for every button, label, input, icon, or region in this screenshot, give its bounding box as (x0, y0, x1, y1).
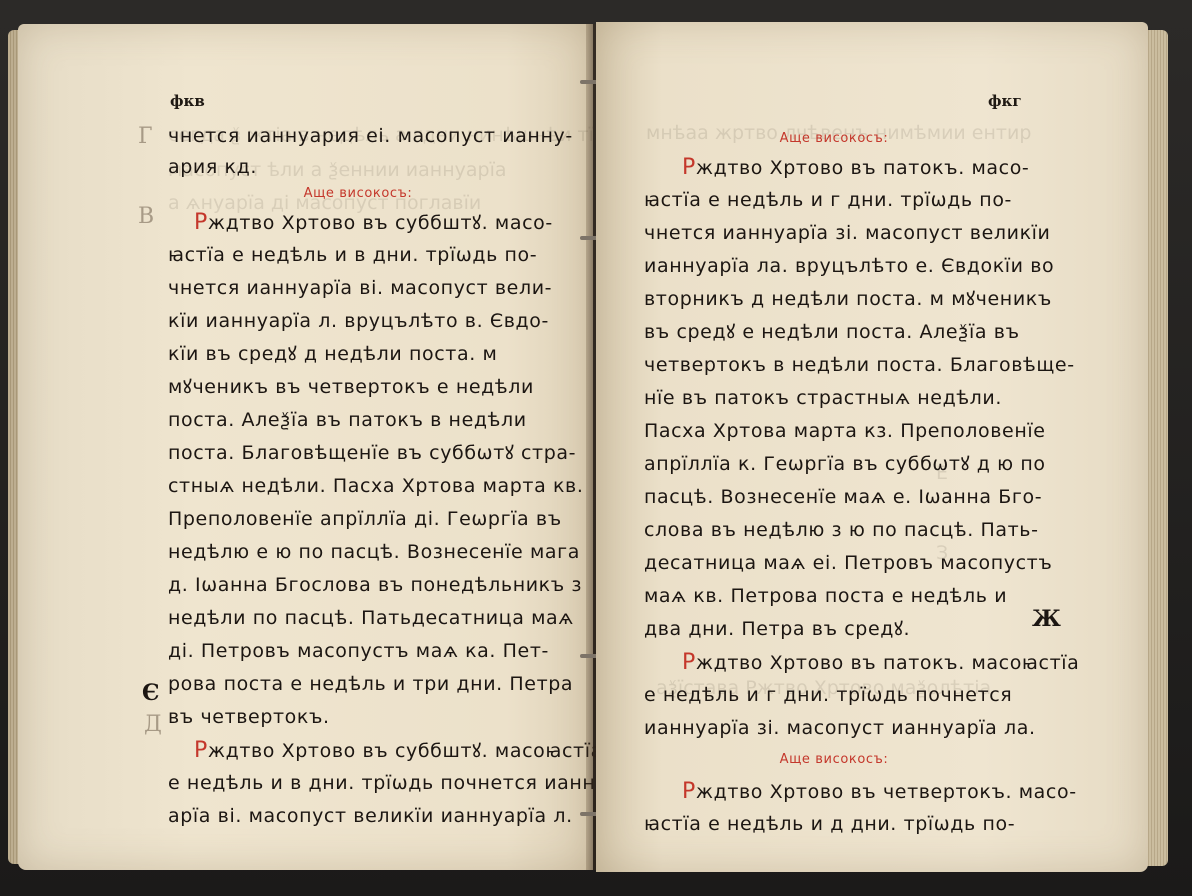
text-line: е недѣль и в дни. трїѡдь почнется ианну- (168, 767, 548, 800)
page-number: фкг (988, 92, 1022, 110)
rubric-heading: Аще високосъ: (168, 181, 548, 206)
text-line: Рждтво Хртово въ четвертокъ. масо- (644, 775, 1024, 808)
red-initial: Р (682, 650, 696, 675)
text-line: нїе въ патокъ страстныѧ недѣли. (644, 382, 1024, 415)
margin-letter: Д (144, 712, 162, 737)
text-line: рова поста е недѣль и три дни. Петра (168, 668, 548, 701)
red-initial: Р (194, 738, 208, 763)
text-line: Пасха Хртова марта кз. Преполовенїе (644, 415, 1024, 448)
text-line: стныѧ недѣли. Пасха Хртова марта кв. (168, 470, 548, 503)
red-initial: Р (682, 155, 696, 180)
text-line: недѣли по пасцѣ. Патьдесатница маѧ (168, 602, 548, 635)
text-line: слова въ недѣлю з ю по пасцѣ. Пать- (644, 514, 1024, 547)
text-line: Преполовенїе апрїллїа ді. Геѡргїа въ (168, 503, 548, 536)
text-line: кїи ианнуарїа л. вруцълѣто в. Євдо- (168, 305, 548, 338)
text-line: ꙗстїа е недѣль и г дни. трїѡдь по- (644, 184, 1024, 217)
text-line: ꙗстїа е недѣль и д дни. трїѡдь по- (644, 808, 1024, 841)
text-line: десатница маѧ еі. Петровъ масопустъ (644, 547, 1024, 580)
margin-letter: Є (142, 680, 160, 706)
text-line: два дни. Петра въ средꙋ. (644, 613, 1024, 646)
text-line: чнется ианнуарїа ві. масопуст вели- (168, 272, 548, 305)
text-line: ꙗстїа е недѣль и в дни. трїѡдь по- (168, 239, 548, 272)
text-line: пасцѣ. Вознесенїе маѧ е. Іѡанна Бго- (644, 481, 1024, 514)
text-line: поста. Алеѯїа въ патокъ в недѣли (168, 404, 548, 437)
right-page-edges (1146, 30, 1168, 866)
text-line: чнется ианнуарїа зі. масопуст великїи (644, 217, 1024, 250)
text-line: Рждтво Хртово въ суббштꙋ. масоꙗстїа (168, 734, 548, 767)
text-line: Рждтво Хртово въ суббштꙋ. масо- (168, 206, 548, 239)
text-line: е недѣль и г дни. трїѡдь почнется (644, 679, 1024, 712)
margin-letter: В (138, 204, 154, 229)
text-line: чнется ианнуария еі. масопуст ианну- (168, 120, 548, 153)
right-text-block: Аще високосъ: Рждтво Хртово въ патокъ. м… (644, 126, 1024, 841)
rubric-heading: Аще високосъ: (644, 126, 1024, 151)
text-line: апрїллїа к. Геѡргїа въ суббѡтꙋ д ю по (644, 448, 1024, 481)
text-line: въ четвертокъ. (168, 701, 548, 734)
left-page: сегда ѯ жтіа в недѣль а гдни нинѣшнѣи тї… (18, 24, 593, 870)
text-line: въ средꙋ е недѣли поста. Алеѯїа въ (644, 316, 1024, 349)
text-line: мꙋченикъ въ четвертокъ е недѣли (168, 371, 548, 404)
text-line: Рждтво Хртово въ патокъ. масоꙗстїа (644, 646, 1024, 679)
text-line: поста. Благовѣщенїе въ суббѡтꙋ стра- (168, 437, 548, 470)
text-line: ианнуарїа ла. вруцълѣто е. Євдокїи во (644, 250, 1024, 283)
red-initial: Р (194, 210, 208, 235)
text-line: четвертокъ в недѣли поста. Благовѣще- (644, 349, 1024, 382)
text-line: вторникъ д недѣли поста. м мꙋченикъ (644, 283, 1024, 316)
rubric-heading: Аще високосъ: (644, 745, 1024, 775)
text-line: д. Іѡанна Бгослова въ понедѣльникъ з (168, 569, 548, 602)
text-line: Рждтво Хртово въ патокъ. масо- (644, 151, 1024, 184)
book-spread: сегда ѯ жтіа в недѣль а гдни нинѣшнѣи тї… (0, 0, 1192, 896)
margin-letter: Ж (1032, 606, 1061, 632)
text-line: ианнуарїа зі. масопуст ианнуарїа ла. (644, 712, 1024, 745)
margin-letter: Г (138, 124, 153, 149)
text-line: недѣлю е ю по пасцѣ. Вознесенїе мага (168, 536, 548, 569)
text-line: маѧ кв. Петрова поста е недѣль и (644, 580, 1024, 613)
text-line: арїа ві. масопуст великїи ианнуарїа л. (168, 800, 548, 833)
text-line: ария кд. (168, 153, 548, 181)
right-page: мнѣаа жртво лчѣвенъ нимѣмии ентир Е З аѯ… (596, 22, 1148, 872)
text-line: кїи въ средꙋ д недѣли поста. м (168, 338, 548, 371)
red-initial: Р (682, 779, 696, 804)
text-line: ді. Петровъ масопустъ маѧ ка. Пет- (168, 635, 548, 668)
left-text-block: чнется ианнуария еі. масопуст ианну- ари… (168, 120, 548, 833)
page-number: фкв (170, 92, 205, 110)
